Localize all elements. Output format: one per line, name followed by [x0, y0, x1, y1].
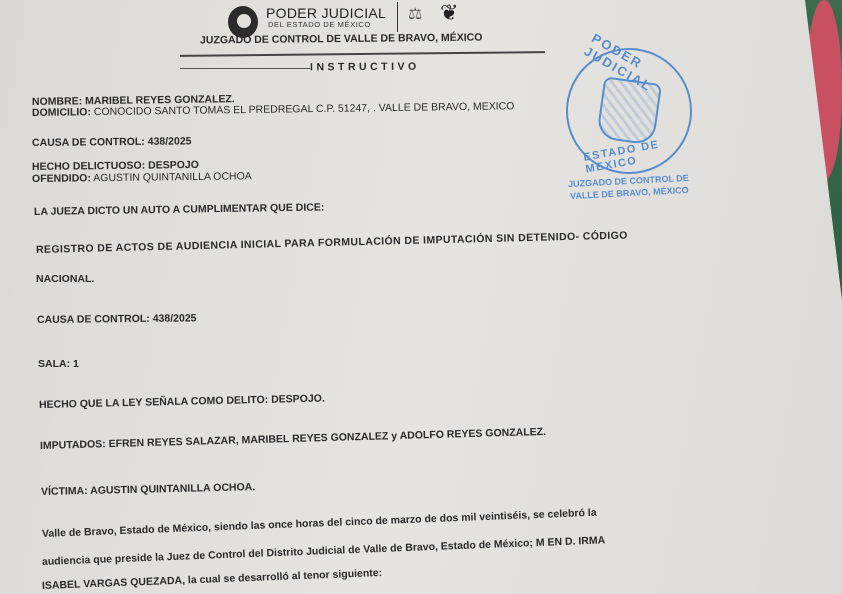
- victima-text: VÍCTIMA: AGUSTIN QUINTANILLA OCHOA.: [41, 481, 255, 498]
- hecho-body: HECHO QUE LA LEY SEÑALA COMO DELITO: DES…: [39, 393, 325, 411]
- coat-of-arms-icon: [596, 76, 662, 145]
- scales-of-justice-icon: ⚖: [408, 4, 422, 24]
- domicilio-label: DOMICILIO:: [32, 106, 91, 119]
- court-title: JUZGADO DE CONTROL DE VALLE DE BRAVO, MÉ…: [200, 32, 482, 47]
- ofendido-row: OFENDIDO: AGUSTIN QUINTANILLA OCHOA: [32, 170, 252, 185]
- paragraph-line-1: Valle de Bravo, Estado de México, siendo…: [42, 507, 597, 540]
- brand-subtitle: DEL ESTADO DE MÉXICO: [268, 20, 371, 29]
- ofendido-label: OFENDIDO:: [32, 172, 91, 185]
- brand-title: PODER JUDICIAL: [266, 5, 386, 21]
- causa-label: CAUSA DE CONTROL:: [32, 136, 145, 149]
- intro-text: LA JUEZA DICTO UN AUTO A CUMPLIMENTAR QU…: [34, 201, 324, 218]
- paragraph-line-3: ISABEL VARGAS QUEZADA, la cual se desarr…: [42, 567, 383, 592]
- document-page: PODER JUDICIAL DEL ESTADO DE MÉXICO ⚖ ❦ …: [0, 0, 842, 594]
- causa-row: CAUSA DE CONTROL: 438/2025: [32, 135, 192, 149]
- registro-line-2: NACIONAL.: [36, 273, 94, 285]
- ofendido-value: AGUSTIN QUINTANILLA OCHOA: [93, 170, 252, 184]
- header-rule-short: [180, 68, 310, 69]
- court-seal-stamp: PODER JUDICIAL ESTADO DE MEXICO: [558, 40, 700, 182]
- causa-value: 438/2025: [148, 135, 192, 147]
- sala-text: SALA: 1: [38, 358, 79, 370]
- imputados-text: IMPUTADOS: EFREN REYES SALAZAR, MARIBEL …: [40, 426, 546, 452]
- hecho-value: DESPOJO: [148, 159, 199, 172]
- causa-body: CAUSA DE CONTROL: 438/2025: [37, 312, 197, 326]
- emblem-icon: ❦: [440, 0, 458, 26]
- document-type: INSTRUCTIVO: [310, 61, 420, 74]
- paragraph-line-2: audiencia que preside la Juez de Control…: [42, 534, 606, 568]
- registro-line-1: REGISTRO DE ACTOS DE AUDIENCIA INICIAL P…: [36, 230, 628, 256]
- header-rule: [180, 51, 545, 56]
- header-divider: [397, 2, 398, 32]
